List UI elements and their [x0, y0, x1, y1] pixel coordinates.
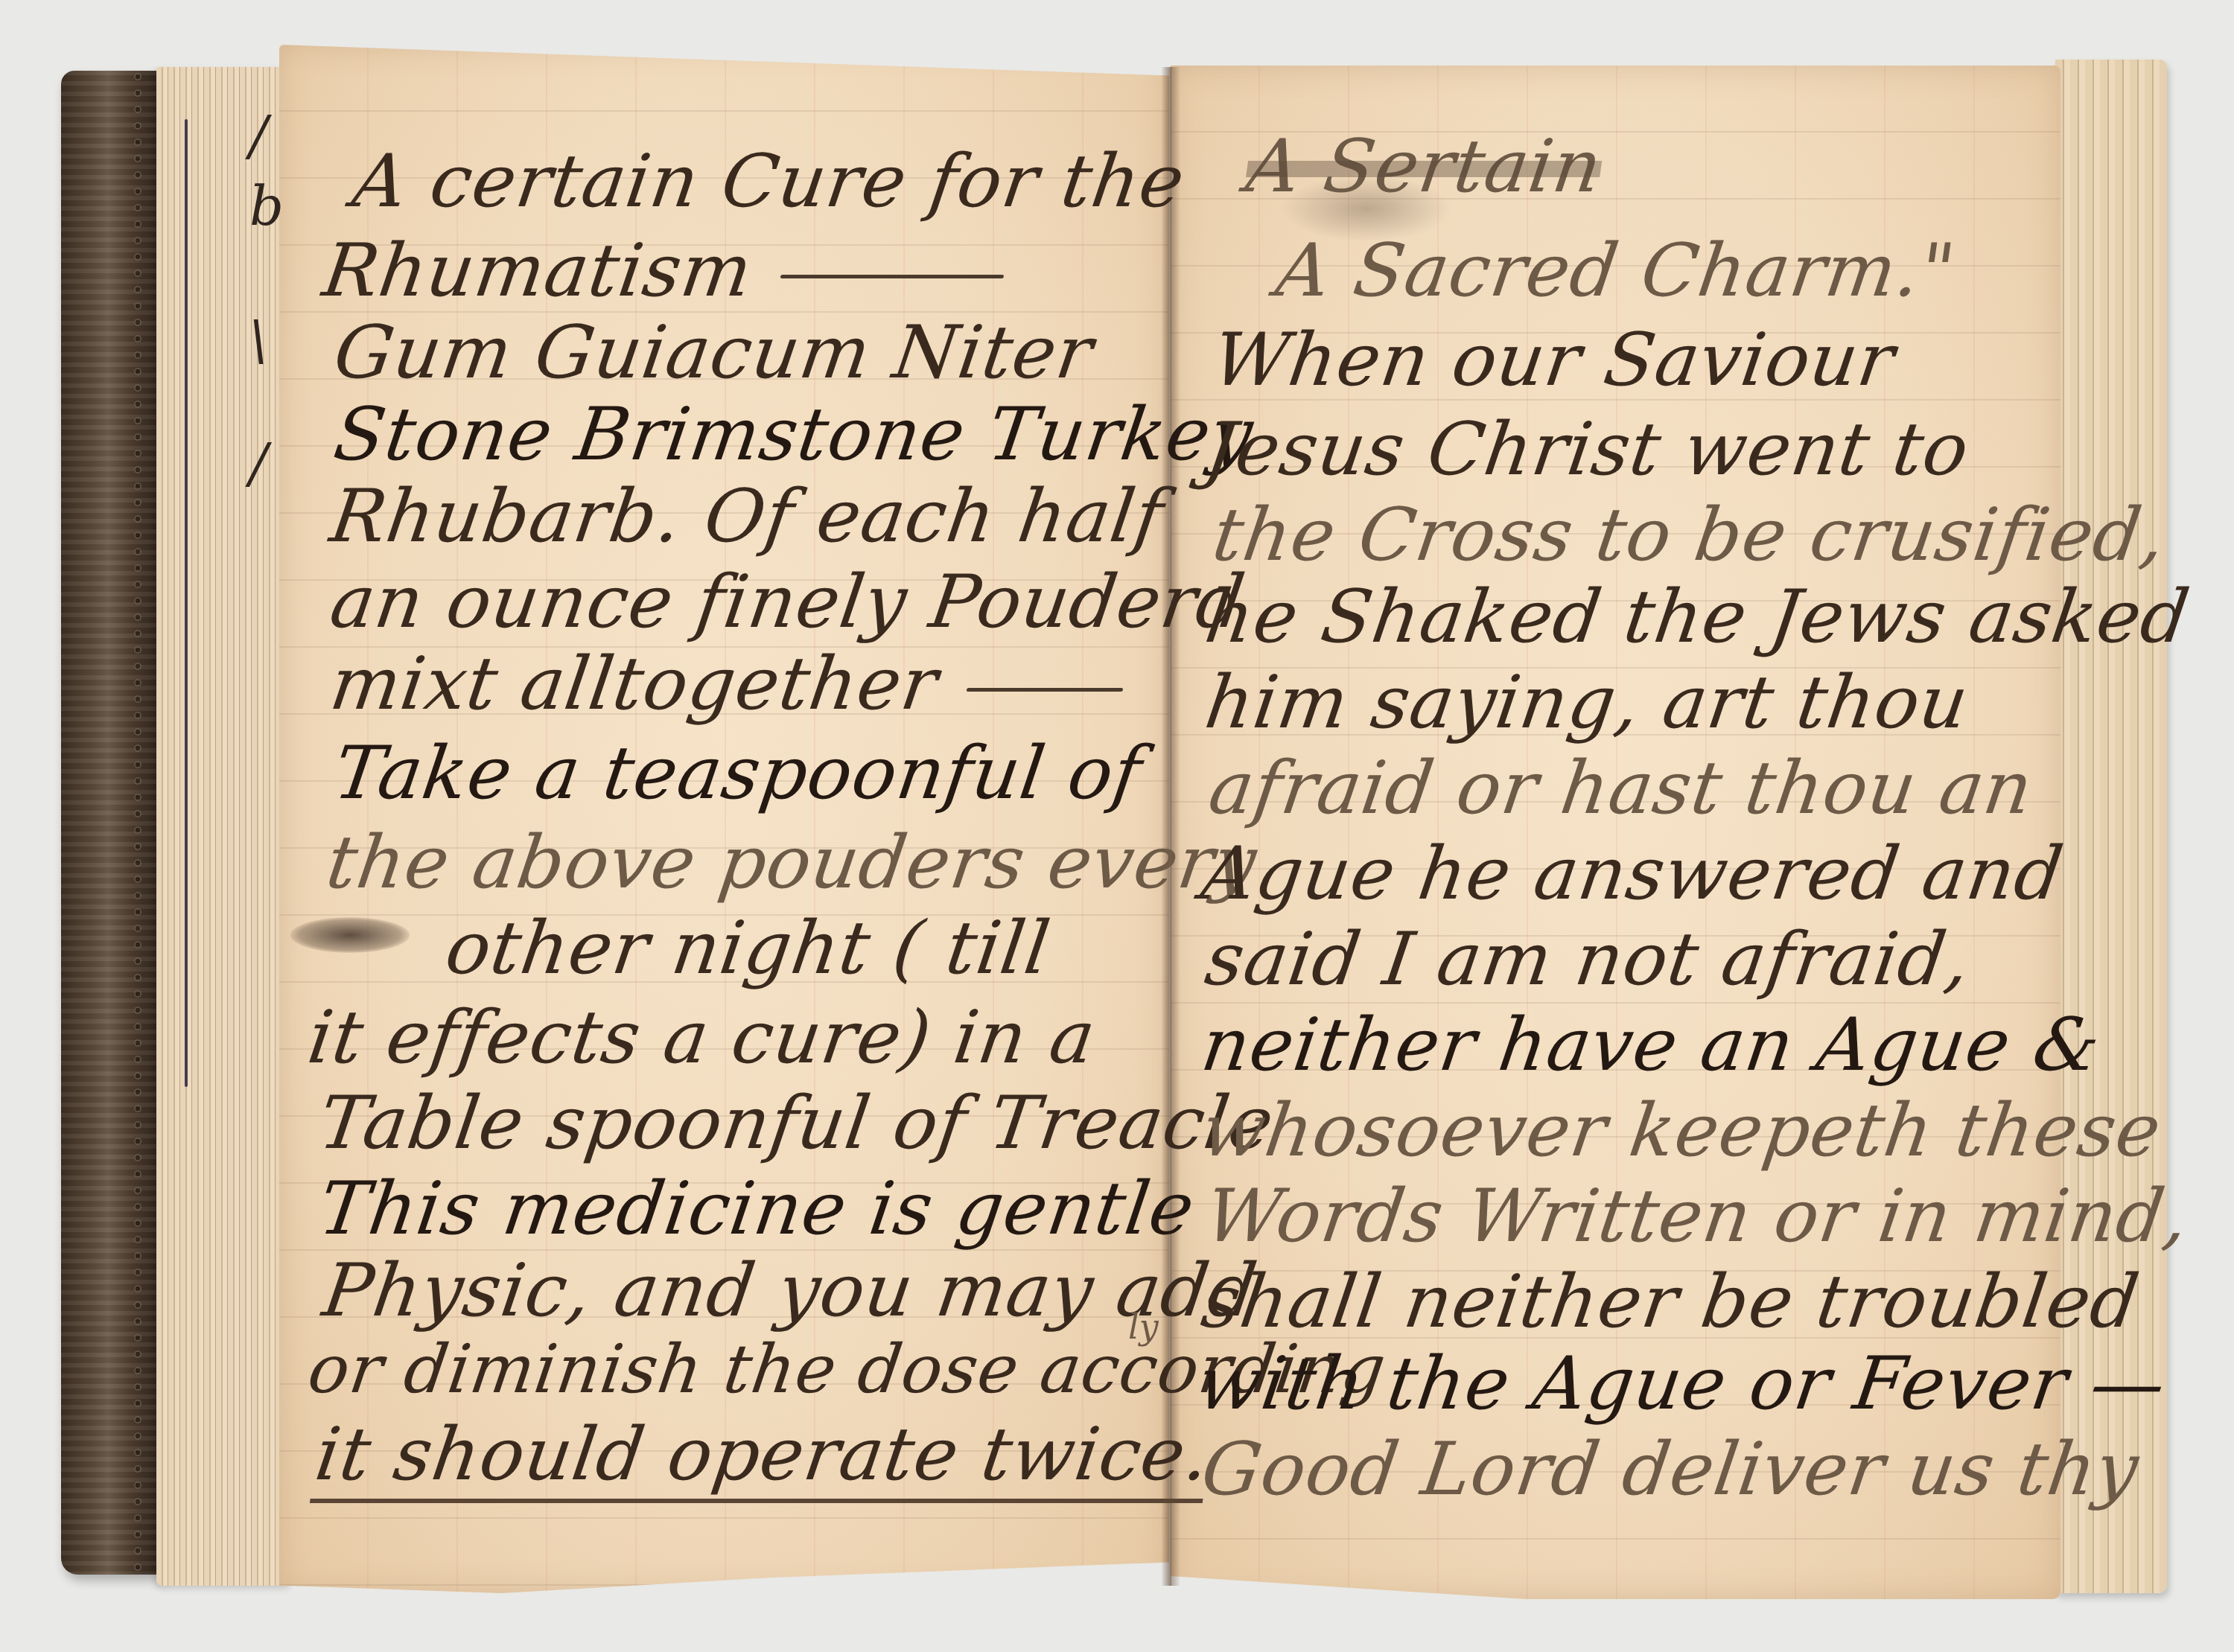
charm-line: neither have an Ague &: [1197, 1009, 2104, 1082]
charm-line: Good Lord deliver us thy: [1197, 1433, 2143, 1506]
charm-line: When our Saviour: [1209, 324, 1899, 397]
charm-line: the Cross to be crusified,: [1209, 499, 2170, 572]
charm-line: shall neither be troubled: [1197, 1266, 2143, 1339]
margin-mark: /: [249, 104, 267, 167]
charm-line: him saying, art thou: [1201, 666, 1973, 739]
page-edge-ink-line: [185, 119, 188, 1087]
recipe-line: Table spoonful of Treacle: [315, 1087, 1278, 1160]
recipe-line: Rhubarb. Of each half: [326, 480, 1168, 553]
charm-line: Ague he answered and: [1197, 838, 2068, 910]
margin-mark: b: [249, 175, 284, 237]
charm-line: he Shaked the Jews asked: [1201, 581, 2194, 654]
title-dash: [780, 275, 1005, 278]
tooled-border-decoration: [132, 71, 144, 1575]
left-page-text: A certain Cure for the Rhumatism Gum Gui…: [305, 0, 1162, 1652]
margin-mark: \: [249, 309, 267, 371]
charm-line: Words Written or in mind,: [1201, 1180, 2193, 1253]
recipe-line: an ounce finely Pouderd: [326, 566, 1250, 639]
charm-line: afraid or hast thou an: [1205, 752, 2037, 825]
right-page-text: A Sertain A Sacred Charm." When our Savi…: [1191, 0, 2055, 1652]
charm-title: A Sacred Charm.": [1272, 235, 1959, 307]
struck-heading: A Sertain: [1242, 130, 1606, 203]
recipe-line: Gum Guiacum Niter: [330, 316, 1098, 389]
recipe-line: mixt alltogether: [326, 648, 1128, 721]
notebook-photo: / b \ / A certain Cure for the Rhumatism…: [0, 0, 2234, 1652]
recipe-title-line-2: Rhumatism: [319, 235, 1010, 307]
charm-line: said I am not afraid,: [1201, 923, 1975, 996]
line-dash: [966, 688, 1123, 692]
superscript-insertion: ly: [1128, 1307, 1159, 1347]
recipe-line-final: it should operate twice.: [311, 1418, 1215, 1491]
margin-mark: /: [249, 432, 267, 494]
recipe-title-line-1: A certain Cure for the: [349, 145, 1189, 218]
previous-page-margin-marks: / b \ /: [249, 104, 279, 491]
recipe-line: Take a teaspoonful of: [330, 737, 1146, 810]
recipe-line: other night ( till: [442, 912, 1054, 985]
recipe-line: the above pouders every: [322, 826, 1261, 899]
recipe-line: Stone Brimstone Turkey: [330, 398, 1258, 471]
recipe-line: This medicine is gentle: [315, 1173, 1199, 1246]
charm-line: with the Ague or Fever —: [1194, 1348, 2170, 1420]
charm-line: whosoever keepeth these: [1197, 1094, 2165, 1167]
recipe-line: it effects a cure) in a: [304, 1001, 1100, 1074]
recipe-line: Physic, and you may add: [319, 1254, 1261, 1327]
charm-line: Jesus Christ went to: [1201, 413, 1973, 486]
leather-binding: [61, 71, 165, 1575]
